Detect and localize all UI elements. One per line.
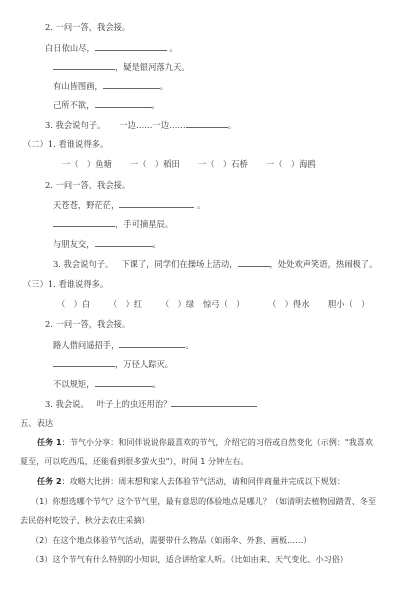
answer-blank[interactable] <box>53 218 115 227</box>
subtask-3: （3）这个节气有什么特别的小知识，适合讲给家人听。（比如由来、天气变化、小习俗） <box>31 554 348 565</box>
answer-blank[interactable] <box>95 238 153 247</box>
q3-after: ，处处欢声笑语，热闹极了。 <box>270 259 378 269</box>
q3-before: 下课了，同学们在操场上活动， <box>121 259 237 269</box>
answer-blank[interactable] <box>186 119 228 128</box>
poem-text: 己所不欲， <box>53 100 95 110</box>
poem-line-2: ，万径人踪灭。 <box>53 358 173 370</box>
poem-text: 不以规矩， <box>53 379 95 389</box>
task-1-text: ：节气小分享：和同伴说说你最喜欢的节气，介绍它的习俗或自然变化（示例："我喜欢 <box>62 437 373 447</box>
answer-blank[interactable] <box>95 42 167 51</box>
poem-text: 。 <box>185 340 193 350</box>
task-2-label: 任务 2 <box>37 476 62 486</box>
poem-line-3: 有山皆图画，。 <box>53 80 168 92</box>
answer-blank[interactable] <box>119 339 185 348</box>
answer-blank[interactable] <box>53 358 115 367</box>
q3-sentence: 3. 我会说。叶子上的虫还用治？ <box>45 398 257 410</box>
poem-line-1: 白日依山尽， 。 <box>45 42 178 54</box>
measure-items: 一（ ）鱼塘一（ ）稻田一（ ）石桥一（ ）海鸥 <box>62 159 316 170</box>
q3-title: 3. 我会说。 <box>45 399 89 409</box>
answer-blank[interactable] <box>53 61 115 70</box>
fill-item[interactable]: （ ）绿 <box>161 299 203 310</box>
q2-title: 2. 一问一答，我会接。 <box>45 22 130 33</box>
section-five-header: 五、表达 <box>20 418 53 429</box>
poem-line-3: 与朋友交，。 <box>53 238 161 250</box>
section-three-header: （三）1. 看谁说得多。 <box>23 279 108 290</box>
poem-text: 天苍苍，野茫茫， <box>53 200 119 210</box>
poem-line-1: 天苍苍，野茫茫， 。 <box>53 199 205 211</box>
subtask-1-continued: 去民俗村吃饺子、秋分去农庄采摘） <box>20 515 150 526</box>
answer-blank[interactable] <box>119 199 194 208</box>
q3-sentence: 3. 我会说句子。一边……一边……。 <box>45 119 236 131</box>
poem-line-1: 路人借问遥招手，。 <box>53 339 194 351</box>
task-1-label: 任务 1 <box>37 437 62 447</box>
poem-line-3: 不以规矩，。 <box>53 378 161 390</box>
fill-item[interactable]: （ ）白 <box>57 299 109 310</box>
q3-prompt: 一边……一边…… <box>119 120 185 130</box>
subtask-1: （1）你想选哪个节气？这个节气里，最有意思的体验地点是哪儿？（如清明去植物园踏青… <box>31 496 376 507</box>
poem-line-2: ，疑是银河落九天。 <box>53 61 190 73</box>
poem-text: 白日依山尽， <box>45 43 95 53</box>
answer-blank[interactable] <box>103 80 160 89</box>
poem-text: 。 <box>152 100 160 110</box>
poem-text: ，疑是银河落九天。 <box>115 62 190 72</box>
measure-item[interactable]: 一（ ）鱼塘 <box>62 159 130 170</box>
fill-items: （ ）白（ ）红（ ）绿惊弓（ ）（ ）得水胆小（ ） <box>57 299 370 310</box>
q3-title: 3. 我会说句子。 <box>53 259 113 269</box>
measure-item[interactable]: 一（ ）海鸥 <box>266 159 316 170</box>
answer-blank[interactable] <box>238 258 270 267</box>
task-2: 任务 2：攻略大比拼：周末想和家人去体验节气活动，请和同伴商量并完成以下规划： <box>37 476 345 487</box>
q3-title: 3. 我会说句子。 <box>45 120 105 130</box>
measure-item[interactable]: 一（ ）稻田 <box>130 159 198 170</box>
poem-text: 。 <box>167 43 178 53</box>
answer-blank[interactable] <box>95 378 153 387</box>
poem-text: 。 <box>160 81 168 91</box>
q3-sentence: 3. 我会说句子。下课了，同学们在操场上活动，，处处欢声笑语，热闹极了。 <box>53 258 377 270</box>
q3-prompt: 叶子上的虫还用治？ <box>97 399 172 409</box>
fill-item[interactable]: 胆小（ ） <box>328 299 370 310</box>
task-2-text: ：攻略大比拼：周末想和家人去体验节气活动，请和同伴商量并完成以下规划： <box>62 476 345 486</box>
q2-title: 2. 一问一答，我会接。 <box>45 180 130 191</box>
answer-blank[interactable] <box>171 398 257 407</box>
answer-blank[interactable] <box>95 99 152 108</box>
section-two-header: （二）1. 看谁说得多。 <box>23 139 108 150</box>
q2-title: 2. 一问一答，我会接。 <box>45 319 130 330</box>
poem-line-2: ，手可摘星辰。 <box>53 218 173 230</box>
poem-text: ，万径人踪灭。 <box>115 359 173 369</box>
poem-line-4: 己所不欲，。 <box>53 99 160 111</box>
poem-text: ，手可摘星辰。 <box>115 219 173 229</box>
task-1-continued: 夏至，可以吃西瓜，还能看到很多萤火虫"），时间 1 分钟左右。 <box>20 456 249 467</box>
punct: 。 <box>228 120 236 130</box>
measure-item[interactable]: 一（ ）石桥 <box>198 159 266 170</box>
task-1: 任务 1：节气小分享：和同伴说说你最喜欢的节气，介绍它的习俗或自然变化（示例："… <box>37 437 373 448</box>
fill-item[interactable]: （ ）得水 <box>268 299 328 310</box>
punct: 。 <box>153 379 161 389</box>
fill-item[interactable]: 惊弓（ ） <box>203 299 268 310</box>
subtask-2: （2）在这个地点体验节气活动，需要带什么物品（如雨伞、外套、画板……） <box>31 535 311 546</box>
poem-text: 与朋友交， <box>53 239 95 249</box>
poem-text: 。 <box>153 239 161 249</box>
fill-item[interactable]: （ ）红 <box>109 299 161 310</box>
poem-text: 路人借问遥招手， <box>53 340 119 350</box>
poem-text: 。 <box>194 200 205 210</box>
poem-text: 有山皆图画， <box>53 81 103 91</box>
